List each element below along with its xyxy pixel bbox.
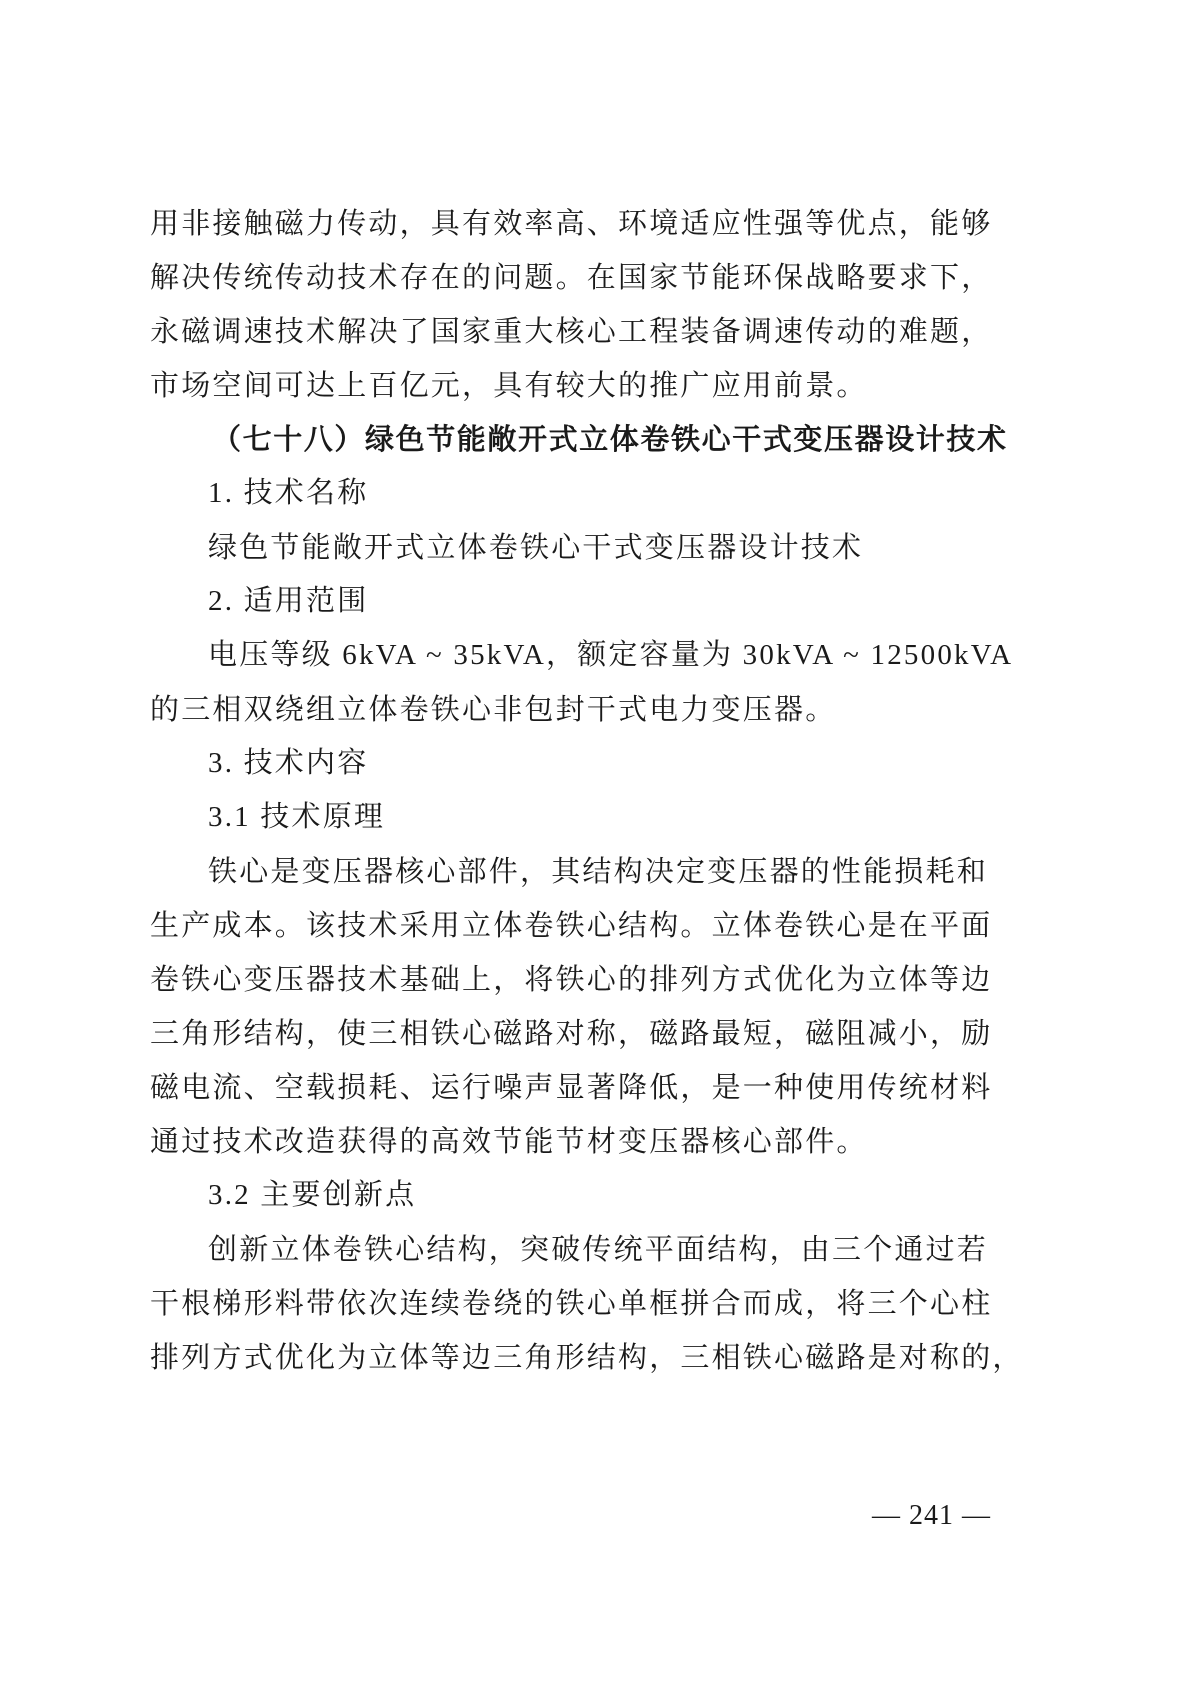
item-title-scope: 2. 适用范围 [150, 574, 964, 628]
subsection-title-principle: 3.1 技术原理 [150, 790, 964, 844]
page-number: — 241 — [872, 1500, 991, 1532]
paragraph-line: 用非接触磁力传动，具有效率高、环境适应性强等优点，能够 [150, 196, 964, 250]
paragraph-line: 的三相双绕组立体卷铁心非包封干式电力变压器。 [150, 682, 964, 736]
paragraph-line: 创新立体卷铁心结构，突破传统平面结构，由三个通过若 [150, 1222, 964, 1276]
subsection-title-innovation: 3.2 主要创新点 [150, 1168, 964, 1222]
paragraph-line: 排列方式优化为立体等边三角形结构，三相铁心磁路是对称的， [150, 1330, 964, 1384]
paragraph-line: 三角形结构，使三相铁心磁路对称，磁路最短，磁阻减小，励 [150, 1006, 964, 1060]
paragraph-line: 干根梯形料带依次连续卷绕的铁心单框拼合而成，将三个心柱 [150, 1276, 964, 1330]
paragraph-line: 永磁调速技术解决了国家重大核心工程装备调速传动的难题， [150, 304, 964, 358]
paragraph-line: 铁心是变压器核心部件，其结构决定变压器的性能损耗和 [150, 844, 964, 898]
paragraph-line: 市场空间可达上百亿元，具有较大的推广应用前景。 [150, 358, 964, 412]
paragraph-line: 通过技术改造获得的高效节能节材变压器核心部件。 [150, 1114, 964, 1168]
item-title-technical-content: 3. 技术内容 [150, 736, 964, 790]
item-title-technology-name: 1. 技术名称 [150, 466, 964, 520]
paragraph-line: 生产成本。该技术采用立体卷铁心结构。立体卷铁心是在平面 [150, 898, 964, 952]
paragraph-line: 解决传统传动技术存在的问题。在国家节能环保战略要求下， [150, 250, 964, 304]
paragraph-line: 卷铁心变压器技术基础上，将铁心的排列方式优化为立体等边 [150, 952, 964, 1006]
paragraph-line: 电压等级 6kVA ~ 35kVA，额定容量为 30kVA ~ 12500kVA [150, 628, 964, 682]
item-content-technology-name: 绿色节能敞开式立体卷铁心干式变压器设计技术 [150, 520, 964, 574]
paragraph-line: 磁电流、空载损耗、运行噪声显著降低，是一种使用传统材料 [150, 1060, 964, 1114]
document-page: 用非接触磁力传动，具有效率高、环境适应性强等优点，能够 解决传统传动技术存在的问… [150, 196, 964, 1384]
section-heading: （七十八）绿色节能敞开式立体卷铁心干式变压器设计技术 [150, 412, 964, 466]
